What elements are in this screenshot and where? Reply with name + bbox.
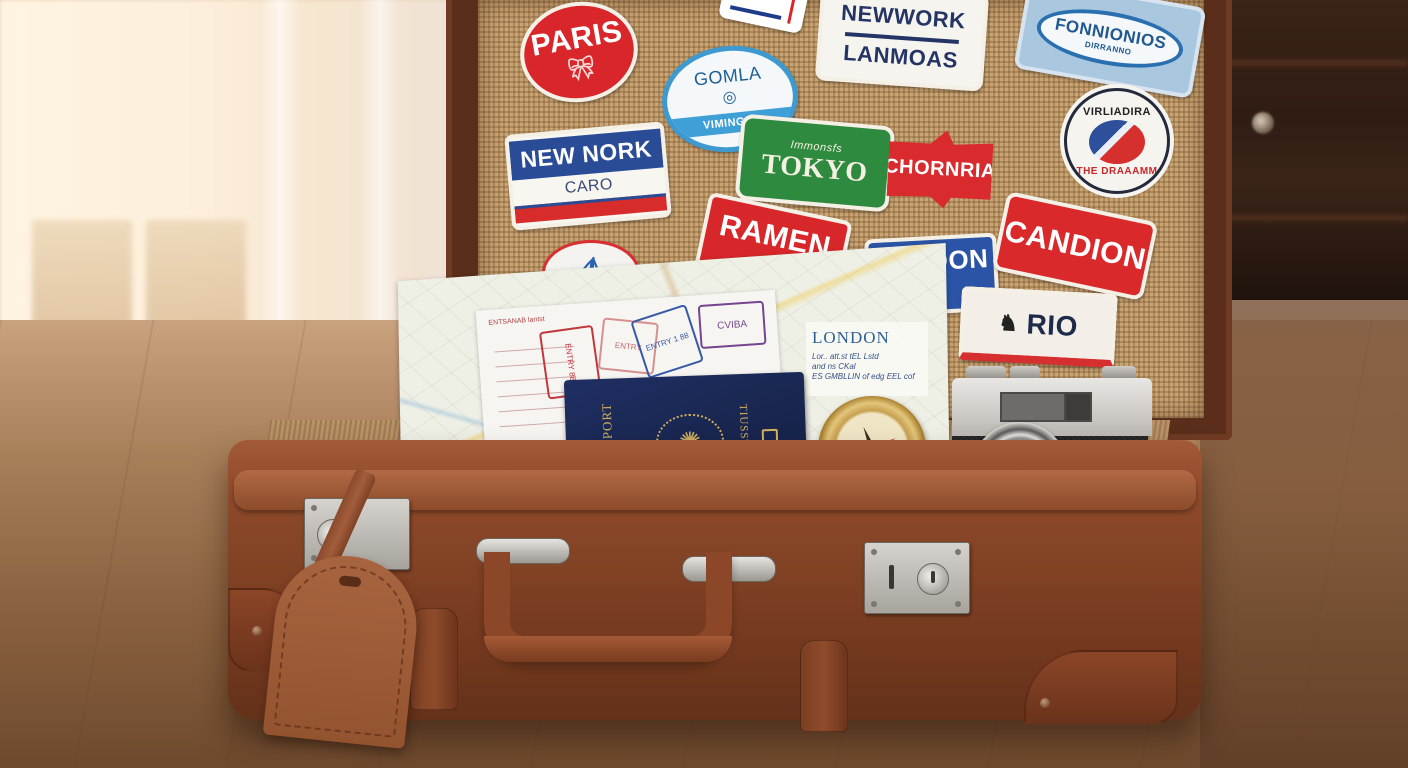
visa-header: ENTSANAB lantst [488,316,545,327]
map-london-label: LONDON Lor.. att.st tEL Lstd and ns CKal… [806,322,928,396]
map-title: LONDON [812,328,922,348]
sticker-text: VIRLIADIRA [1083,106,1151,118]
radiator [32,220,132,330]
suitcase-handle[interactable] [484,552,732,662]
sticker-subtext: THE DRAAAMM [1076,166,1157,177]
emblem-icon: ◎ [721,86,737,107]
map-note-line: ES GMBLLIN of edg EEL cof [812,372,922,382]
sticker-text: NEW NORK [509,129,664,181]
screw [871,601,877,607]
scene: PARIS 🎀︎ NEWWORK LANMOAS FONNIONIOS DIRR… [0,0,1408,768]
sticker-new-nork: NEW NORK CARO [504,121,672,231]
visa-stamp: CVIBA [698,301,767,349]
screw [311,505,317,511]
dresser-edge [1225,215,1408,221]
bow-icon: 🎀︎ [566,53,599,84]
sticker-text: TOKYO [760,148,869,189]
dresser-edge [1225,60,1408,66]
screw [871,549,877,555]
horse-icon: ♞ [998,310,1020,337]
latch-slot [889,565,894,589]
sticker-oval: FONNIONIOS DIRRANNO [1032,0,1188,77]
sticker-subtext: LANMOAS [842,32,959,74]
leather-strap [800,640,848,732]
rivet [1040,698,1050,708]
sticker-text: CHORNRIA [886,155,994,184]
map-note-line: Lor.. att.st tEL Lstd [812,352,922,362]
map-note-line: and ns CKal [812,362,922,372]
sticker-newwork: NEWWORK LANMOAS [815,0,989,92]
map-note: Lor.. att.st tEL Lstd and ns CKal ES GMB… [812,352,922,382]
sticker-text: NEWWORK [840,0,966,34]
screw [955,549,961,555]
radiator [146,220,246,330]
sticker-rio: ♞ RIO [958,286,1118,368]
camera-viewfinder [1064,392,1092,422]
sticker-round-flag: VIRLIADIRA THE DRAAAMM [1064,88,1170,194]
curtain-fold [360,0,400,330]
dresser [1225,0,1408,300]
sticker-text: CANDION [1001,214,1148,277]
rivet [252,626,262,636]
dresser-knob [1252,112,1274,134]
leather-strap [410,608,458,710]
sticker-text: RIO [1026,308,1079,343]
flag-icon [1089,120,1145,164]
tag-hole [339,575,362,587]
right-latch-lock[interactable] [864,542,970,614]
curtain-fold [260,0,300,330]
keyhole-icon [917,563,949,595]
sticker-tokyo: Immonsfs TOKYO [735,113,896,212]
corner-guard [1024,650,1178,724]
camera-rangefinder-window [1000,392,1066,422]
screw [955,601,961,607]
